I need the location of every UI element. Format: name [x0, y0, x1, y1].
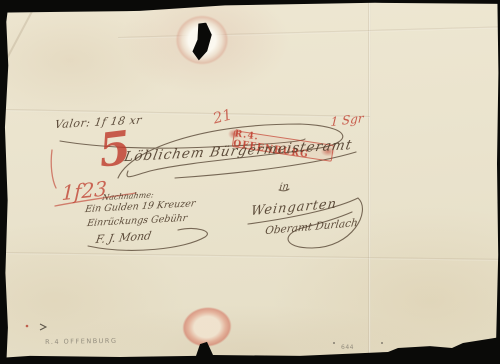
pencil-number: 644 — [341, 344, 354, 351]
letter-photo: R.4. OFFENBURG Valor: 1f 18 xr 5 1f23 21… — [0, 0, 500, 364]
pencil-collector-note: R.4 OFFENBURG — [45, 337, 118, 346]
total-rate-mark: 1f23 — [61, 176, 107, 205]
address-in: in — [278, 181, 289, 193]
